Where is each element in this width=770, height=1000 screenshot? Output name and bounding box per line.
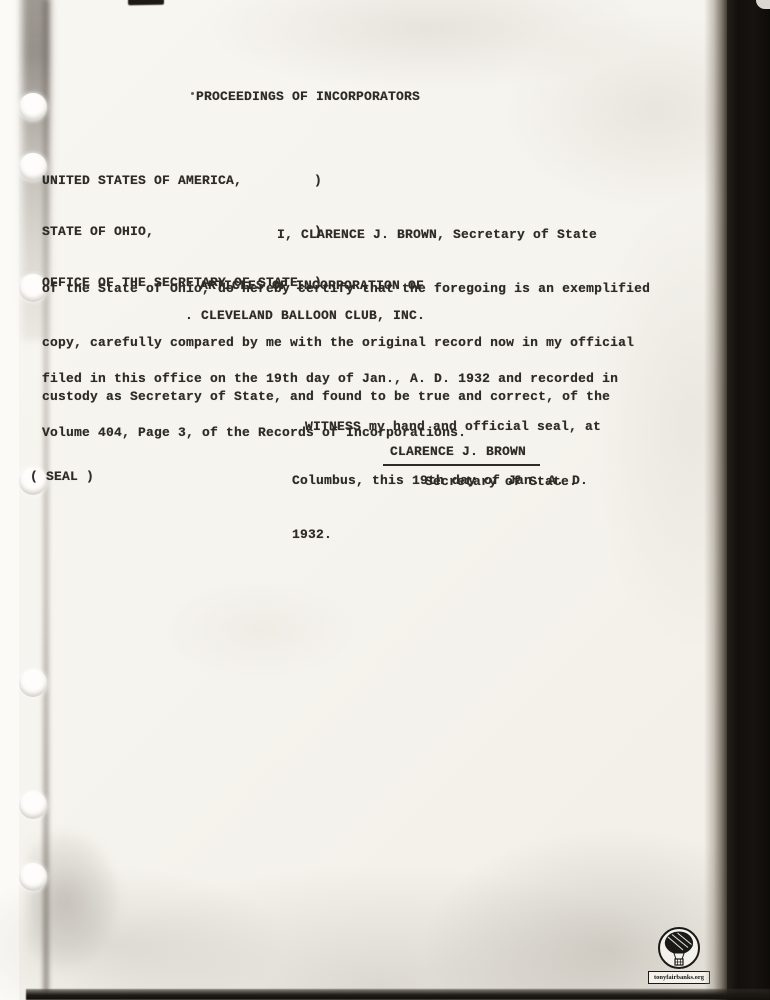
document-title: PROCEEDINGS OF INCORPORATORS bbox=[196, 88, 420, 106]
top-edge-mark bbox=[128, 0, 164, 5]
scan-bottom-black-band bbox=[26, 989, 770, 1000]
punch-hole bbox=[19, 791, 47, 819]
witness-line: WITNESS my hand and official seal, at bbox=[292, 418, 601, 436]
signature-name: CLARENCE J. BROWN bbox=[383, 443, 540, 466]
articles-heading: ARTICLES OF INCORPORATION OF bbox=[200, 277, 424, 295]
scan-right-edge-shadow bbox=[704, 0, 728, 1000]
seal-notation: ( SEAL ) bbox=[30, 468, 94, 486]
company-name-line: . CLEVELAND BALLOON CLUB, INC. bbox=[185, 307, 425, 325]
scan-right-black-band bbox=[727, 0, 770, 1000]
caption-line: UNITED STATES OF AMERICA, ) bbox=[42, 172, 322, 189]
signature-title: Secretary of State. bbox=[425, 473, 577, 491]
punch-hole bbox=[19, 863, 47, 891]
scanned-document: PROCEEDINGS OF INCORPORATORS UNITED STAT… bbox=[0, 0, 770, 1000]
witness-line: 1932. bbox=[292, 526, 601, 544]
watermark: tonyfairbanks.org bbox=[645, 926, 713, 984]
paragraph-line: I, CLARENCE J. BROWN, Secretary of State bbox=[42, 226, 650, 244]
page-left-margin-strip bbox=[0, 0, 19, 1000]
typed-stray-dot bbox=[191, 92, 194, 95]
left-bottom-smudge bbox=[28, 810, 148, 990]
punch-hole bbox=[19, 669, 47, 697]
hot-air-balloon-icon bbox=[654, 926, 704, 974]
watermark-url: tonyfairbanks.org bbox=[648, 971, 710, 984]
punch-hole bbox=[19, 93, 47, 121]
